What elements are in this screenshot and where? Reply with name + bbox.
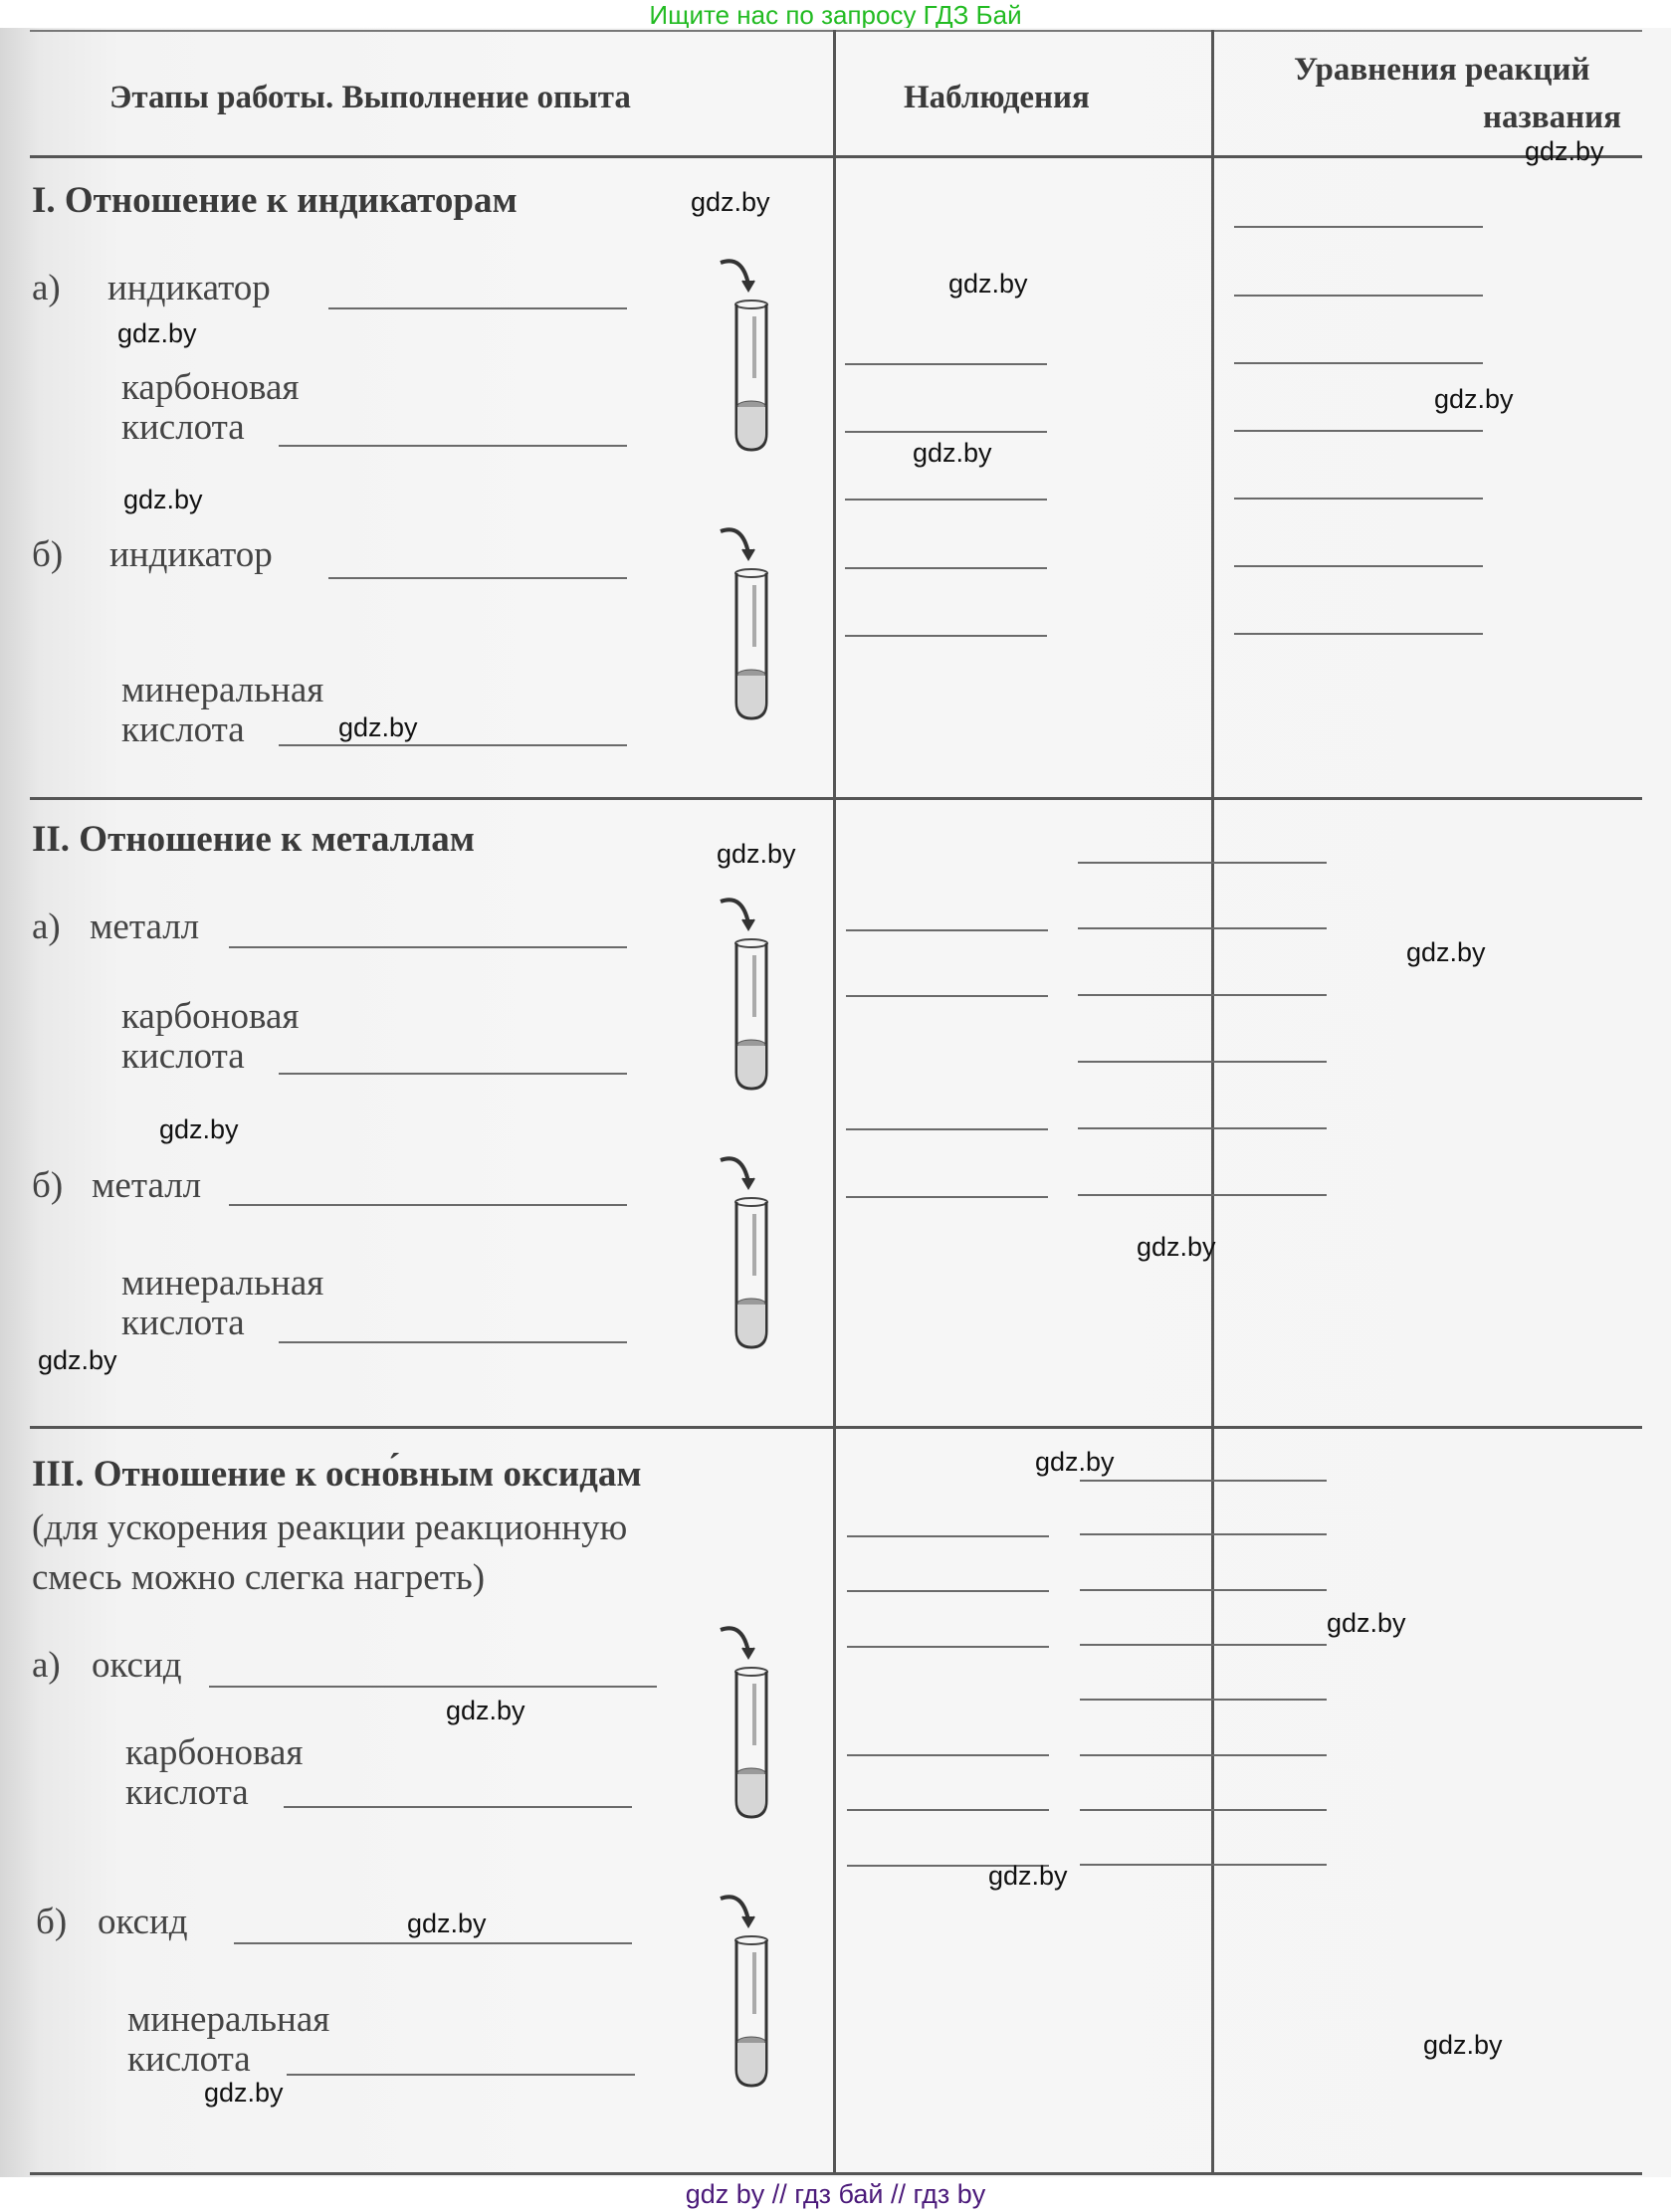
answer-line[interactable] xyxy=(1078,1061,1327,1063)
acid-label-line1: минеральная xyxy=(121,669,323,711)
answer-line[interactable] xyxy=(1234,565,1483,567)
header-names: названия xyxy=(1483,100,1621,136)
answer-line[interactable] xyxy=(1078,1194,1327,1196)
item-marker: б) xyxy=(32,1164,63,1207)
answer-line[interactable] xyxy=(845,567,1047,569)
watermark: gdz.by xyxy=(1434,384,1514,415)
acid-label-line1: карбоновая xyxy=(121,366,299,409)
answer-line[interactable] xyxy=(1078,994,1327,996)
answer-line[interactable] xyxy=(846,1128,1048,1130)
reagent-answer-line[interactable] xyxy=(328,307,627,309)
answer-line[interactable] xyxy=(1080,1644,1327,1646)
watermark: gdz.by xyxy=(691,187,770,218)
reagent-label: металл xyxy=(92,1164,201,1207)
answer-line[interactable] xyxy=(847,1646,1049,1648)
answer-line[interactable] xyxy=(846,995,1048,997)
header-stages: Этапы работы. Выполнение опыта xyxy=(109,80,631,116)
reagent-label: индикатор xyxy=(109,533,273,576)
answer-line[interactable] xyxy=(847,1535,1049,1537)
footer-watermark: gdz by // гдз бай // гдз by xyxy=(0,2177,1671,2212)
header-equations: Уравнения реакций xyxy=(1294,52,1590,89)
watermark: gdz.by xyxy=(1525,136,1604,167)
answer-line[interactable] xyxy=(845,499,1047,501)
watermark: gdz.by xyxy=(446,1696,525,1726)
reagent-answer-line[interactable] xyxy=(328,577,627,579)
section-note-line2: смесь можно слегка нагреть) xyxy=(32,1556,485,1599)
acid-label-line2: кислота xyxy=(127,2038,251,2081)
reagent-label: оксид xyxy=(98,1901,188,1943)
reagent-label: металл xyxy=(90,905,199,948)
watermark: gdz.by xyxy=(913,438,992,469)
item-marker: а) xyxy=(32,267,61,309)
answer-line[interactable] xyxy=(847,1754,1049,1756)
answer-line[interactable] xyxy=(1078,927,1327,929)
acid-label-line2: кислота xyxy=(121,1035,245,1078)
section-note-line1: (для ускорения реакции реакционную xyxy=(32,1507,627,1549)
answer-line[interactable] xyxy=(1078,862,1327,864)
acid-label-line1: карбоновая xyxy=(121,995,299,1038)
section-title-indicators: I. Отношение к индикаторам xyxy=(32,179,518,222)
answer-line[interactable] xyxy=(845,431,1047,433)
section-divider-2 xyxy=(30,1426,1642,1429)
acid-label-line2: кислота xyxy=(121,406,245,449)
test-tube-with-arrow-icon xyxy=(715,896,784,1095)
test-tube-with-arrow-icon xyxy=(715,257,784,456)
answer-line[interactable] xyxy=(846,929,1048,931)
answer-line[interactable] xyxy=(1080,1809,1327,1811)
answer-line[interactable] xyxy=(846,1196,1048,1198)
column-divider-2 xyxy=(1211,30,1214,2174)
reagent-label: оксид xyxy=(92,1644,182,1687)
acid-answer-line[interactable] xyxy=(279,744,627,746)
acid-label-line2: кислота xyxy=(121,1302,245,1344)
item-marker: а) xyxy=(32,905,61,948)
table-top-border xyxy=(30,30,1642,32)
answer-line[interactable] xyxy=(845,363,1047,365)
test-tube-with-arrow-icon xyxy=(715,1893,784,2092)
test-tube-with-arrow-icon xyxy=(715,525,784,724)
watermark: gdz.by xyxy=(1406,937,1486,968)
section-divider-1 xyxy=(30,797,1642,800)
reagent-answer-line[interactable] xyxy=(209,1686,657,1688)
watermark: gdz.by xyxy=(1327,1608,1406,1639)
answer-line[interactable] xyxy=(1078,1127,1327,1129)
watermark: gdz.by xyxy=(948,269,1028,300)
watermark: gdz.by xyxy=(117,318,197,349)
acid-label-line1: минеральная xyxy=(121,1262,323,1305)
answer-line[interactable] xyxy=(1080,1533,1327,1535)
column-divider-1 xyxy=(833,30,836,2174)
header-observations: Наблюдения xyxy=(904,80,1090,116)
watermark: gdz.by xyxy=(159,1114,239,1145)
item-marker: б) xyxy=(32,533,63,576)
answer-line[interactable] xyxy=(1080,1864,1327,1866)
acid-answer-line[interactable] xyxy=(287,2074,635,2076)
watermark: gdz.by xyxy=(338,712,418,743)
item-marker: б) xyxy=(36,1901,67,1943)
answer-line[interactable] xyxy=(1080,1480,1327,1482)
section-title-basic-oxides: III. Отношение к осно́вным оксидам xyxy=(32,1453,642,1496)
acid-label-line2: кислота xyxy=(121,708,245,751)
test-tube-with-arrow-icon xyxy=(715,1624,784,1823)
acid-answer-line[interactable] xyxy=(284,1806,632,1808)
answer-line[interactable] xyxy=(1080,1589,1327,1591)
answer-line[interactable] xyxy=(1234,362,1483,364)
answer-line[interactable] xyxy=(1080,1699,1327,1701)
answer-line[interactable] xyxy=(1234,226,1483,228)
table-bottom-border xyxy=(30,2172,1642,2175)
reagent-answer-line[interactable] xyxy=(234,1942,632,1944)
acid-label-line1: минеральная xyxy=(127,1998,329,2041)
acid-label-line2: кислота xyxy=(125,1771,249,1814)
answer-line[interactable] xyxy=(1080,1754,1327,1756)
watermark: gdz.by xyxy=(407,1909,487,1939)
answer-line[interactable] xyxy=(847,1590,1049,1592)
answer-line[interactable] xyxy=(1234,295,1483,297)
answer-line[interactable] xyxy=(1234,633,1483,635)
watermark: gdz.by xyxy=(123,485,203,515)
watermark: gdz.by xyxy=(38,1345,117,1376)
top-banner: Ищите нас по запросу ГДЗ Бай xyxy=(0,0,1671,30)
watermark: gdz.by xyxy=(717,839,796,870)
watermark: gdz.by xyxy=(988,1861,1068,1892)
acid-answer-line[interactable] xyxy=(279,1073,627,1075)
header-divider xyxy=(30,155,1642,158)
section-title-metals: II. Отношение к металлам xyxy=(32,818,475,861)
item-marker: а) xyxy=(32,1644,61,1687)
reagent-answer-line[interactable] xyxy=(229,1204,627,1206)
reagent-label: индикатор xyxy=(107,267,271,309)
acid-label-line1: карбоновая xyxy=(125,1731,303,1774)
watermark: gdz.by xyxy=(1137,1232,1216,1263)
watermark: gdz.by xyxy=(1423,2030,1503,2061)
reagent-answer-line[interactable] xyxy=(229,946,627,948)
acid-answer-line[interactable] xyxy=(279,445,627,447)
watermark: gdz.by xyxy=(204,2078,284,2109)
acid-answer-line[interactable] xyxy=(279,1341,627,1343)
watermark: gdz.by xyxy=(1035,1447,1115,1478)
answer-line[interactable] xyxy=(847,1809,1049,1811)
answer-line[interactable] xyxy=(1234,498,1483,500)
answer-line[interactable] xyxy=(1234,430,1483,432)
answer-line[interactable] xyxy=(845,635,1047,637)
test-tube-with-arrow-icon xyxy=(715,1154,784,1353)
